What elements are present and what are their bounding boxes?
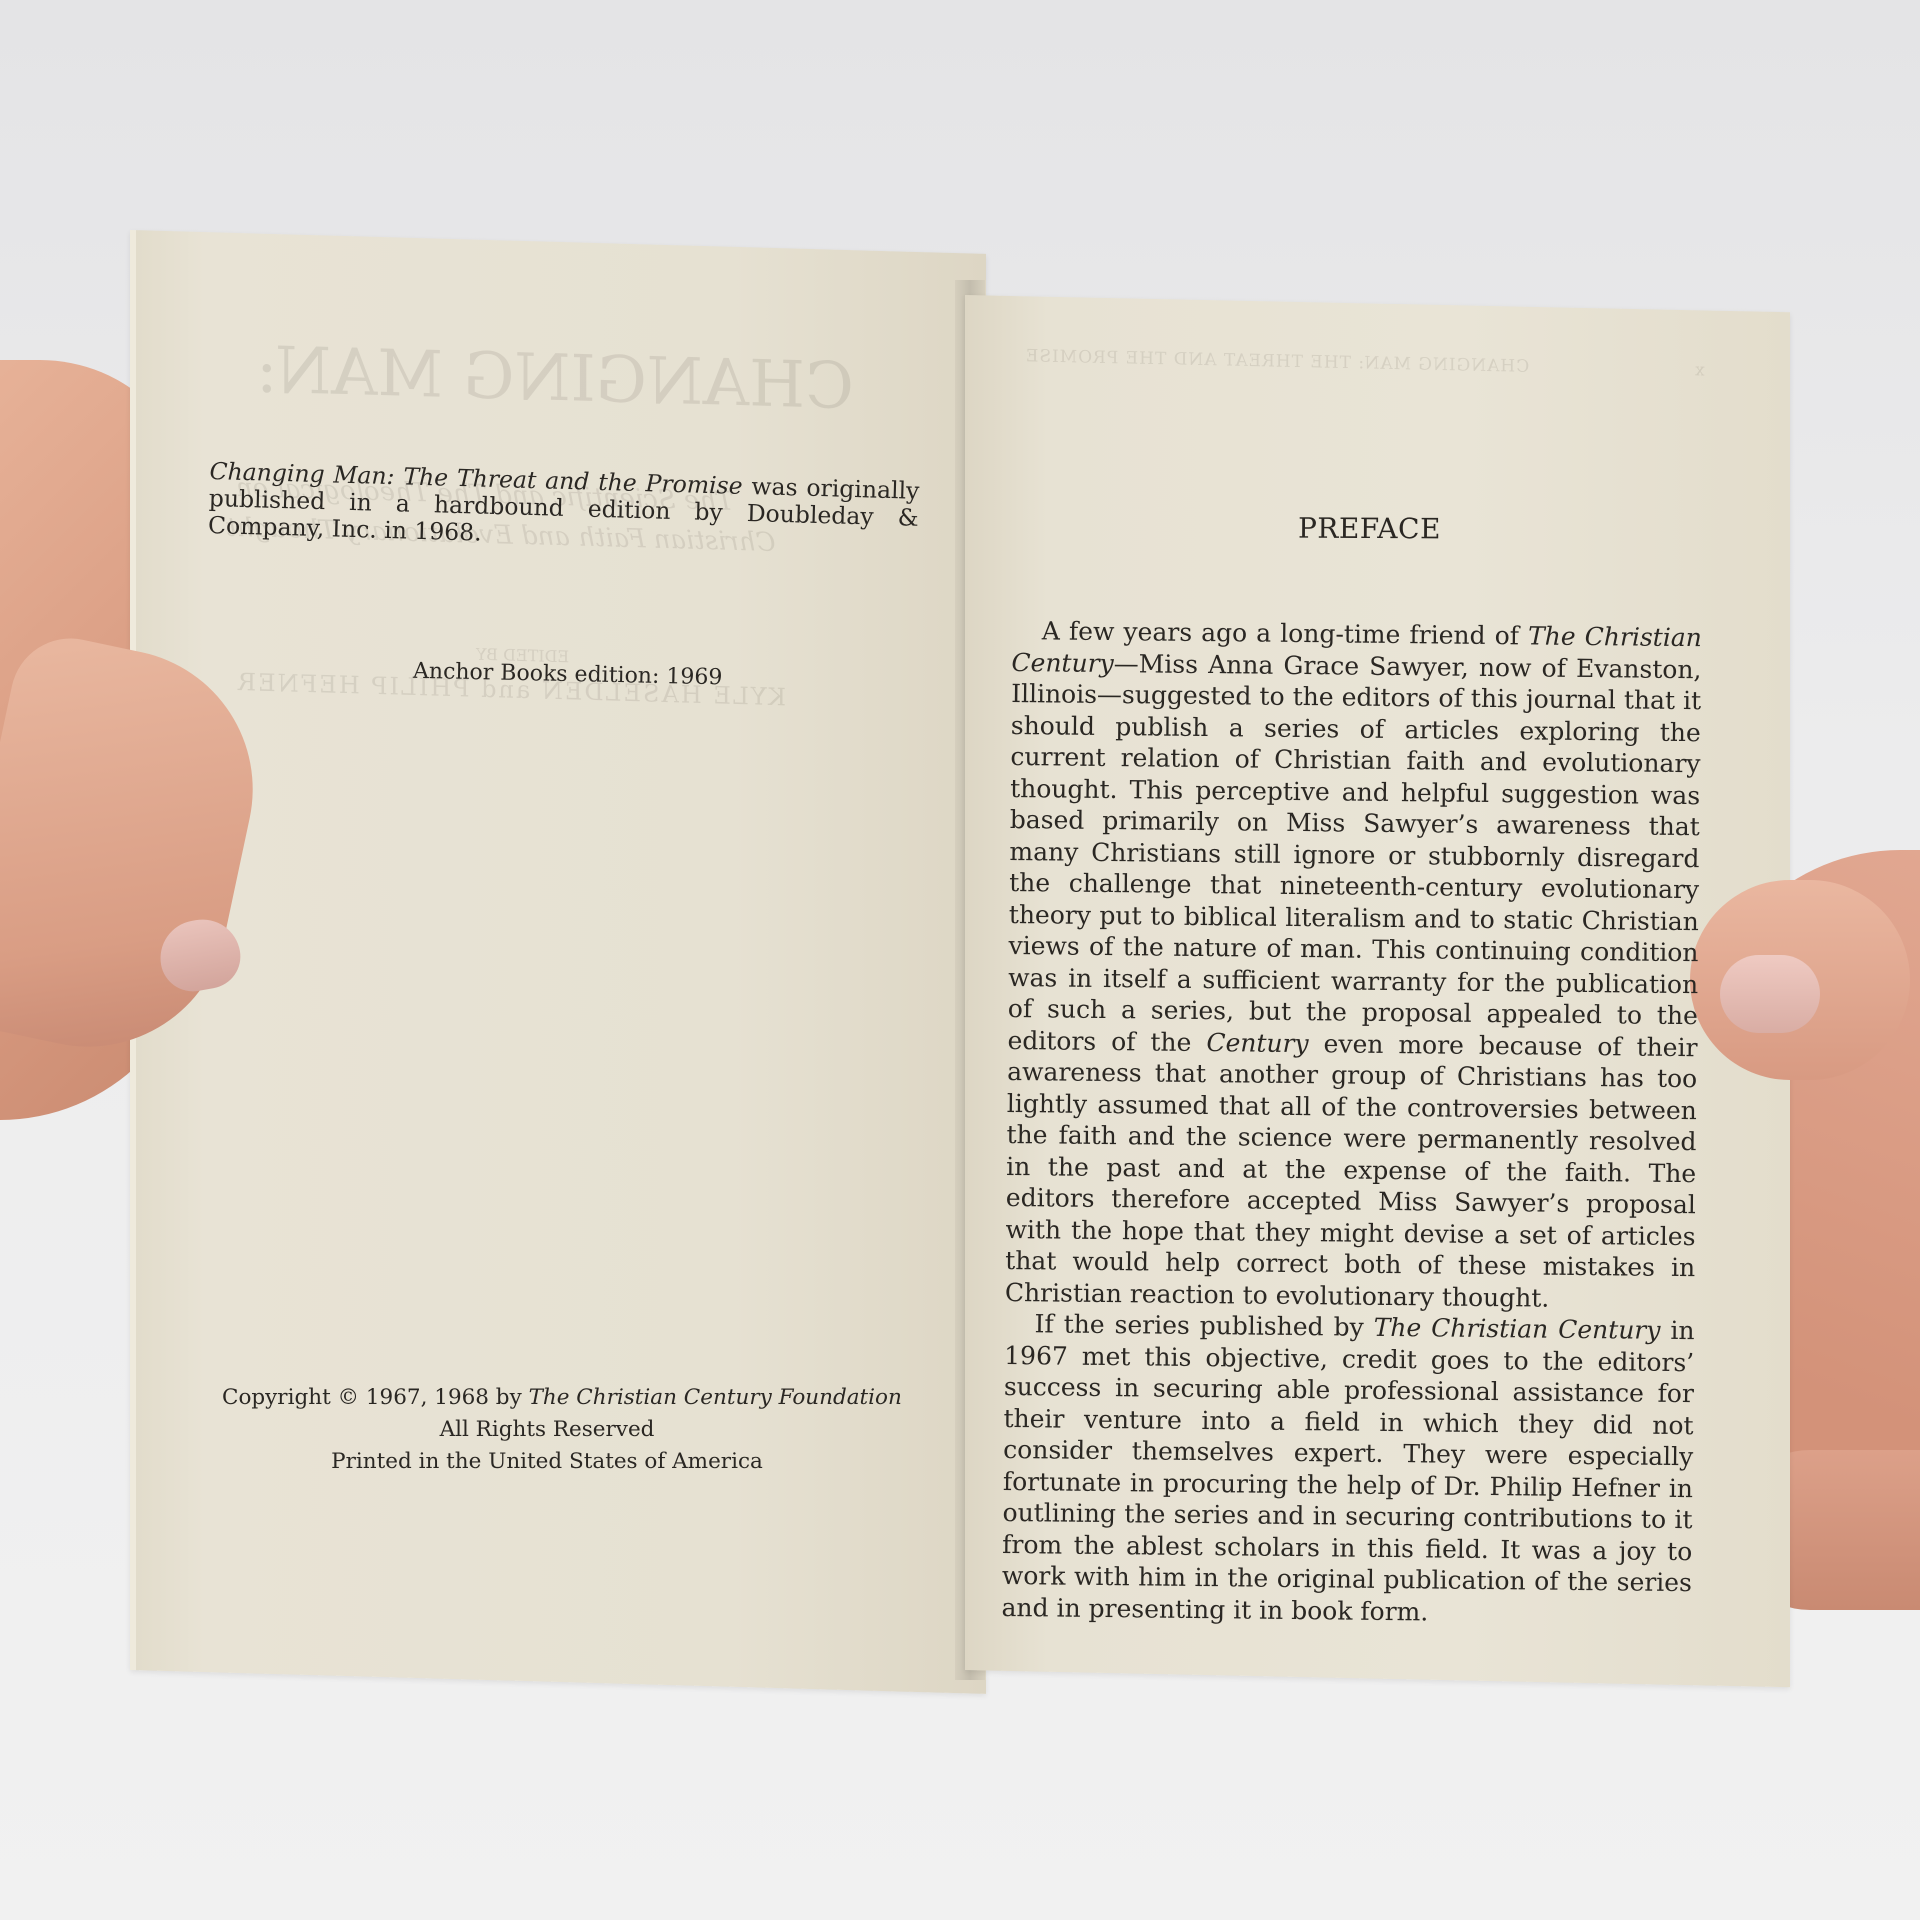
text-run: even more because of their awareness tha…	[1005, 1029, 1698, 1313]
copyright-holder: The Christian Century Foundation	[529, 1385, 902, 1410]
italic-run: The Christian Century	[1374, 1313, 1661, 1345]
italic-run: Century	[1206, 1028, 1309, 1058]
text-run: —Miss Anna Grace Sawyer, now of Evanston…	[1007, 649, 1701, 1057]
text-run: If the series published by	[1034, 1309, 1373, 1342]
preface-heading: PREFACE	[1298, 512, 1441, 546]
preface-body: A few years ago a long-time friend of Th…	[1001, 615, 1702, 1630]
printed-line: Printed in the United States of America	[222, 1446, 872, 1478]
preface-paragraph-2: If the series published by The Christian…	[1001, 1308, 1694, 1630]
bleed-title: CHANGING MAN:	[256, 334, 854, 425]
bleed-running-head: CHANGING MAN: THE THREAT AND THE PROMISE	[1025, 346, 1529, 377]
preface-paragraph-1: A few years ago a long-time friend of Th…	[1005, 615, 1702, 1315]
copyright-block: Copyright © 1967, 1968 by The Christian …	[222, 1382, 872, 1478]
rights-line: All Rights Reserved	[222, 1414, 872, 1446]
bleed-page-number: x	[1695, 360, 1705, 380]
copyright-prefix: Copyright © 1967, 1968 by	[222, 1385, 529, 1410]
text-run: A few years ago a long-time friend of	[1042, 616, 1529, 650]
copyright-line: Copyright © 1967, 1968 by The Christian …	[222, 1382, 872, 1414]
right-thumbnail	[1720, 955, 1820, 1033]
text-run: in 1967 met this objective, credit goes …	[1001, 1316, 1694, 1626]
photo-scene: CHANGING MAN: The Scientific and The The…	[0, 0, 1920, 1920]
